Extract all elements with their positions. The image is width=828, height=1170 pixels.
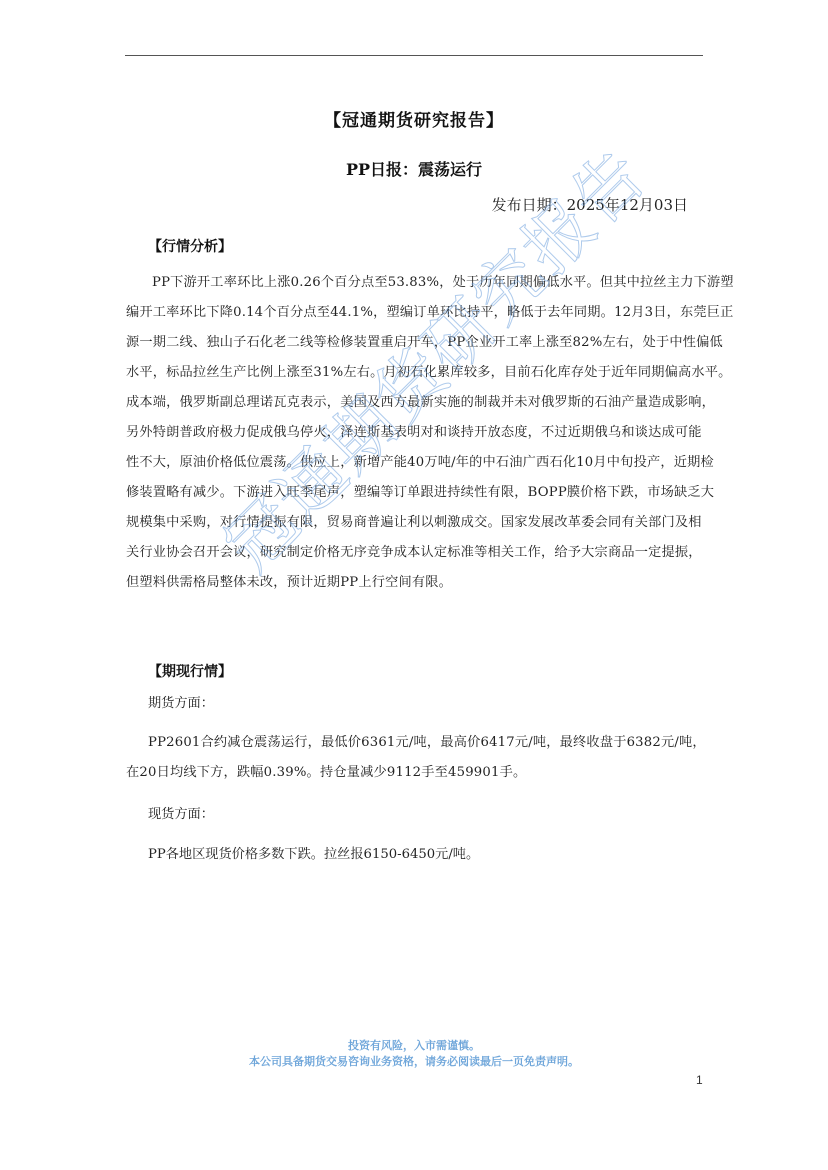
- disclaimer-text: 本公司具备期货交易咨询业务资格，请务必阅读最后一页免责声明。: [0, 1054, 828, 1070]
- report-title: 【冠通期货研究报告】: [0, 106, 828, 131]
- analysis-line: 源一期二线、独山子石化老二线等检修装置重启开车，PP企业开工率上涨至82%左右，…: [126, 328, 704, 358]
- analysis-line: 规模集中采购，对行情提振有限，贸易商普遍让利以刺激成交。国家发展改革委会同有关部…: [126, 508, 704, 538]
- futures-line: 在20日均线下方，跌幅0.39%。持仓量减少9112手至459901手。: [126, 758, 704, 788]
- analysis-line: 性不大，原油价格低位震荡。供应上，新增产能40万吨/年的中石油广西石化10月中旬…: [126, 448, 704, 478]
- risk-notice: 投资有风险，入市需谨慎。: [0, 1038, 828, 1054]
- analysis-line: 关行业协会召开会议，研究制定价格无序竞争成本认定标准等相关工作，给予大宗商品一定…: [126, 538, 704, 568]
- analysis-line: 水平，标品拉丝生产比例上涨至31%左右。月初石化累库较多，目前石化库存处于近年同…: [126, 358, 704, 388]
- futures-label: 期货方面：: [148, 692, 214, 711]
- analysis-line: 但塑料供需格局整体未改，预计近期PP上行空间有限。: [126, 568, 704, 598]
- analysis-line: 修装置略有减少。下游进入旺季尾声，塑编等订单跟进持续性有限，BOPP膜价格下跌，…: [126, 478, 704, 508]
- footer-disclaimer: 投资有风险，入市需谨慎。 本公司具备期货交易咨询业务资格，请务必阅读最后一页免责…: [0, 1038, 828, 1070]
- header-rule: [125, 55, 703, 56]
- spot-label: 现货方面：: [148, 803, 214, 822]
- publish-date: 发布日期：2025年12月03日: [492, 194, 688, 215]
- section-heading-analysis: 【行情分析】: [148, 236, 232, 256]
- spot-paragraph: PP各地区现货价格多数下跌。拉丝报6150-6450元/吨。: [148, 843, 479, 862]
- page-number: 1: [696, 1073, 703, 1087]
- analysis-paragraph: PP下游开工率环比上涨0.26个百分点至53.83%，处于历年同期偏低水平。但其…: [126, 268, 704, 598]
- section-heading-market: 【期现行情】: [148, 661, 232, 681]
- report-subtitle: PP日报：震荡运行: [0, 157, 828, 180]
- analysis-line: 成本端，俄罗斯副总理诺瓦克表示，美国及西方最新实施的制裁并未对俄罗斯的石油产量造…: [126, 388, 704, 418]
- analysis-line: PP下游开工率环比上涨0.26个百分点至53.83%，处于历年同期偏低水平。但其…: [126, 268, 704, 298]
- futures-paragraph: PP2601合约减仓震荡运行，最低价6361元/吨，最高价6417元/吨，最终收…: [126, 728, 704, 788]
- futures-line: PP2601合约减仓震荡运行，最低价6361元/吨，最高价6417元/吨，最终收…: [126, 728, 704, 758]
- analysis-line: 编开工率环比下降0.14个百分点至44.1%，塑编订单环比持平，略低于去年同期。…: [126, 298, 704, 328]
- analysis-line: 另外特朗普政府极力促成俄乌停火，泽连斯基表明对和谈持开放态度，不过近期俄乌和谈达…: [126, 418, 704, 448]
